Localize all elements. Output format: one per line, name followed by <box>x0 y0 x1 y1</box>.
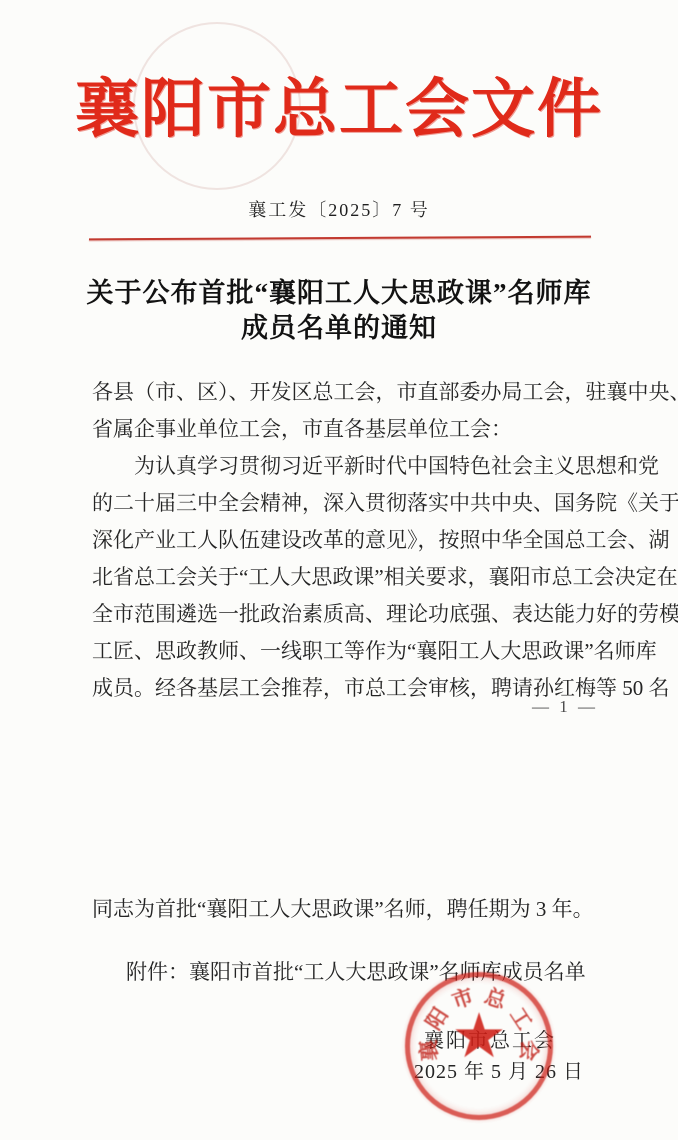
body-line: 各县（市、区）、开发区总工会，市直部委办局工会，驻襄中央、 <box>92 374 612 411</box>
seal-ring-char: 襄 <box>412 1039 444 1063</box>
seal-star-icon: ★ <box>451 1006 507 1068</box>
body-line: 全市范围遴选一批政治素质高、理论功底强、表达能力好的劳模 <box>92 596 612 633</box>
doc-number: 襄工发〔2025〕7 号 <box>0 196 678 222</box>
notice-title-line1: 关于公布首批“襄阳工人大思政课”名师库 <box>0 276 678 311</box>
body-line: 省属企事业单位工会，市直各基层单位工会： <box>92 411 612 448</box>
notice-title-line2: 成员名单的通知 <box>0 311 678 346</box>
red-divider-line <box>89 236 591 241</box>
document-header-title: 襄阳市总工会文件 <box>0 58 678 150</box>
official-seal: 襄 阳 市 总 工 会 ★ <box>405 972 553 1120</box>
seal-ring-char: 会 <box>514 1039 546 1063</box>
continuation-line: 同志为首批“襄阳工人大思政课”名师，聘任期为 3 年。 <box>92 893 594 923</box>
page-number: — 1 — <box>532 697 598 717</box>
document-page: 襄阳市总工会文件 襄工发〔2025〕7 号 关于公布首批“襄阳工人大思政课”名师… <box>0 0 678 1140</box>
body-line: 深化产业工人队伍建设改革的意见》，按照中华全国总工会、湖 <box>92 522 612 559</box>
body-line: 为认真学习贯彻习近平新时代中国特色社会主义思想和党 <box>92 448 612 485</box>
notice-title: 关于公布首批“襄阳工人大思政课”名师库 成员名单的通知 <box>0 276 678 346</box>
body-line: 工匠、思政教师、一线职工等作为“襄阳工人大思政课”名师库 <box>92 633 612 670</box>
body-line: 北省总工会关于“工人大思政课”相关要求，襄阳市总工会决定在 <box>92 559 612 596</box>
notice-body: 各县（市、区）、开发区总工会，市直部委办局工会，驻襄中央、 省属企事业单位工会，… <box>92 374 612 707</box>
body-line: 的二十届三中全会精神，深入贯彻落实中共中央、国务院《关于 <box>92 485 612 522</box>
